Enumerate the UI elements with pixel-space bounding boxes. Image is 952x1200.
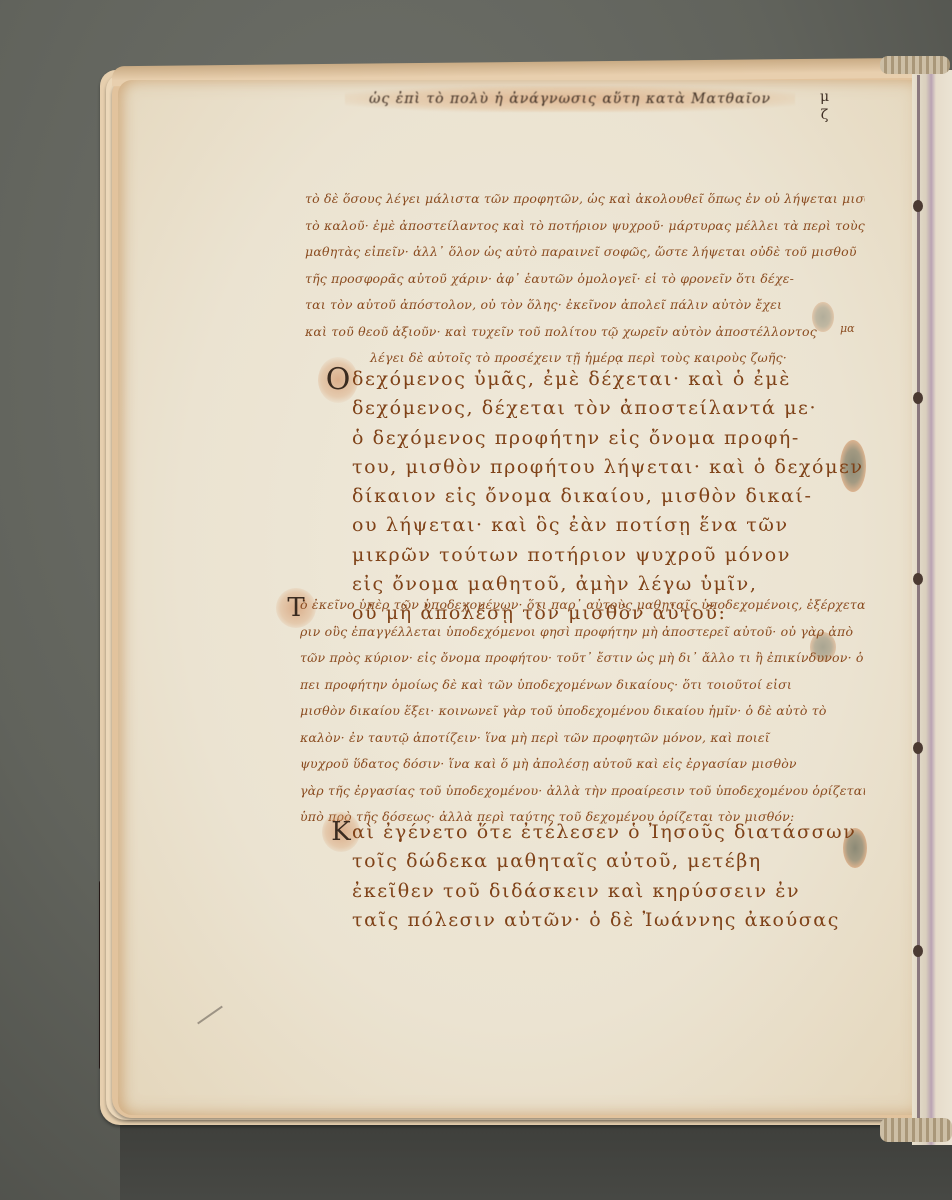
headband-bottom <box>880 1118 952 1142</box>
text-line: αὶ ἐγένετο ὅτε ἐτέλεσεν ὁ Ἰησοῦς διατάσσ… <box>352 818 862 847</box>
text-line: γὰρ τῆς ἐργασίας τοῦ ὑποδεχομένου· ἀλλὰ … <box>300 778 865 805</box>
text-line: μικρῶν τούτων ποτήριον ψυχροῦ μόνον <box>352 541 862 570</box>
sewing-stitch-icon <box>913 200 923 212</box>
text-line: μισθὸν δικαίου ἕξει· κοινωνεῖ γὰρ τοῦ ὑπ… <box>300 698 865 725</box>
gospel-text-2: αὶ ἐγένετο ὅτε ἐτέλεσεν ὁ Ἰησοῦς διατάσσ… <box>352 818 862 935</box>
folio-mark: μ ζ <box>820 88 829 124</box>
running-title: ὡς ἐπὶ τὸ πολὺ ἡ ἀνάγνωσις αὕτη κατὰ Ματ… <box>345 86 795 112</box>
gospel-text: δεχόμενος ὑμᾶς, ἐμὲ δέχεται· καὶ ὁ ἐμὲ δ… <box>352 365 862 629</box>
headband-top <box>880 56 950 74</box>
gutter-fold-line <box>917 75 920 1140</box>
text-line: καὶ τοῦ θεοῦ ἀξιοῦν· καὶ τυχεῖν τοῦ πολί… <box>305 319 865 346</box>
folio-sub-number: ζ <box>820 106 829 124</box>
text-line: τῆς προσφορᾶς αὐτοῦ χάριν· ἀφ᾽ ἑαυτῶν ὁμ… <box>305 266 865 293</box>
text-line: ται τὸν αὐτοῦ ἀπόστολον, οὐ τὸν ὅλης· ἐκ… <box>305 292 865 319</box>
text-line: του, μισθὸν προφήτου λήψεται· καὶ ὁ δεχό… <box>352 453 862 482</box>
text-line: τοῖς δώδεκα μαθηταῖς αὐτοῦ, μετέβη <box>352 847 862 876</box>
sewing-stitch-icon <box>913 742 923 754</box>
open-codex: ὡς ἐπὶ τὸ πολὺ ἡ ἀνάγνωσις αὕτη κατὰ Ματ… <box>0 0 952 1200</box>
text-line: καλὸν· ἐν ταυτῷ ἀποτίζειν· ἵνα μὴ περὶ τ… <box>300 725 865 752</box>
text-line: ταῖς πόλεσιν αὐτῶν· ὁ δὲ Ἰωάννης ἀκούσας <box>352 906 862 935</box>
text-line: ὁ δεχόμενος προφήτην εἰς ὄνομα προφή- <box>352 424 862 453</box>
sewing-stitch-icon <box>913 392 923 404</box>
text-line: ἐκεῖθεν τοῦ διδάσκειν καὶ κηρύσσειν ἐν <box>352 877 862 906</box>
text-line: δίκαιον εἰς ὄνομα δικαίου, μισθὸν δικαί- <box>352 482 862 511</box>
folio-number: μ <box>820 88 829 106</box>
text-line: ὸ ἐκεῖνο ὑπὲρ τῶν ὑποδεχομένων· ὅτι παρ᾽… <box>300 592 865 619</box>
text-line: τῶν πρὸς κύριον· εἰς ὄνομα προφήτου· τοῦ… <box>300 645 865 672</box>
text-line: ου λήψεται· καὶ ὃς ἐὰν ποτίσῃ ἕνα τῶν <box>352 511 862 540</box>
text-line: τὸ δὲ ὅσους λέγει μάλιστα τῶν προφητῶν, … <box>305 186 865 213</box>
marginal-note: μα <box>840 322 855 335</box>
commentary-top: τὸ δὲ ὅσους λέγει μάλιστα τῶν προφητῶν, … <box>305 186 865 372</box>
commentary-middle: ὸ ἐκεῖνο ὑπὲρ τῶν ὑποδεχομένων· ὅτι παρ᾽… <box>300 592 865 831</box>
text-line: ψυχροῦ ὕδατος δόσιν· ἵνα καὶ ὅ μὴ ἀπολέσ… <box>300 751 865 778</box>
text-line: δεχόμενος ὑμᾶς, ἐμὲ δέχεται· καὶ ὁ ἐμὲ <box>352 365 862 394</box>
text-line: τὸ καλοῦ· ἐμὲ ἀποστείλαντος καὶ τὸ ποτήρ… <box>305 213 865 240</box>
text-line: πει προφήτην ὁμοίως δὲ καὶ τῶν ὑποδεχομέ… <box>300 672 865 699</box>
sewing-stitch-icon <box>913 945 923 957</box>
text-line: μαθητὰς εἰπεῖν· ἀλλ᾽ ὅλον ὡς αὐτὸ παραιν… <box>305 239 865 266</box>
sewing-stitch-icon <box>913 573 923 585</box>
text-line: δεχόμενος, δέχεται τὸν ἀποστείλαντά με· <box>352 394 862 423</box>
text-line: ριν οὓς ἐπαγγέλλεται ὑποδεχόμενοι φησὶ π… <box>300 619 865 646</box>
